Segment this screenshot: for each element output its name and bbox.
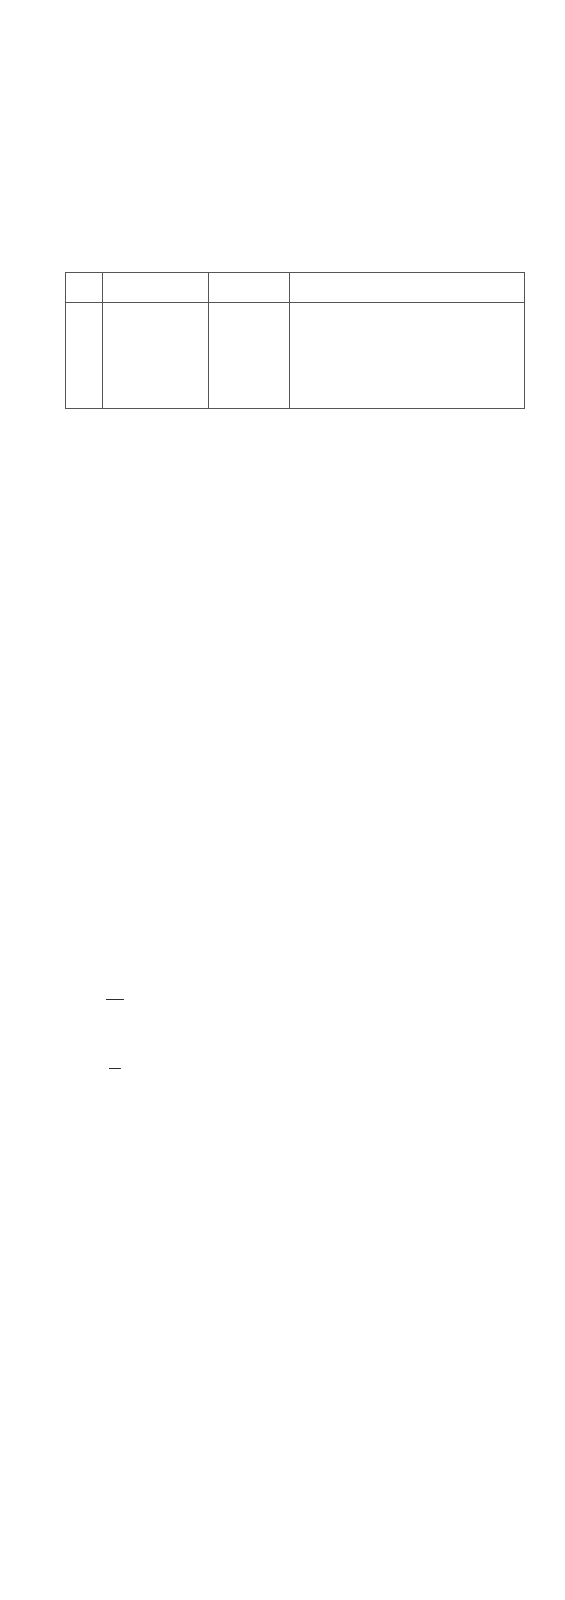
cell-desc xyxy=(290,303,525,409)
cell-no xyxy=(66,303,103,409)
bid-items-table xyxy=(65,272,525,409)
cell-name xyxy=(102,303,208,409)
cell-qty xyxy=(208,303,290,409)
col-header-desc xyxy=(290,273,525,303)
table-header-row xyxy=(66,273,525,303)
col-header-no xyxy=(66,273,103,303)
opening-4-3 xyxy=(106,1059,121,1071)
intro-line-1 xyxy=(104,102,110,114)
deadline-day xyxy=(118,990,124,1001)
table-row xyxy=(66,303,525,409)
opening-day xyxy=(115,1059,121,1070)
col-header-qty xyxy=(208,273,290,303)
col-header-name xyxy=(102,273,208,303)
deadline-4-1 xyxy=(106,990,124,1002)
